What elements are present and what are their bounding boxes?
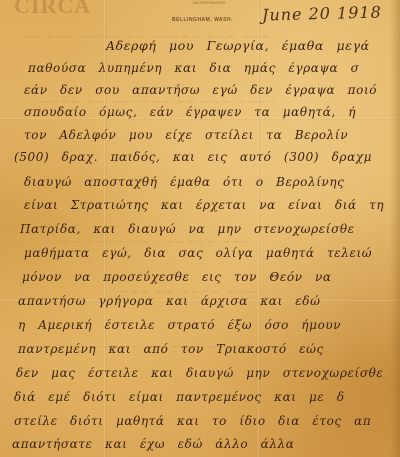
letterhead-stamp: CIRCA bbox=[14, 0, 91, 19]
letter-line: στείλε διότι μαθητά και το ίδιο δια έτος… bbox=[14, 414, 371, 428]
letter-line: παντρεμένη και από τον Τριακοστό εώς bbox=[18, 342, 324, 356]
paper-edge-shadow bbox=[390, 0, 400, 457]
letter-line: μόνον να προσεύχεσθε εις τον Θεόν να bbox=[22, 270, 332, 284]
letterhead-city: BELLINGHAM, WASH. bbox=[172, 17, 233, 23]
letter-date: June 20 1918 bbox=[262, 2, 382, 24]
letter-line: Πατρίδα, και διαυγώ να μην στενοχωρείσθε bbox=[20, 222, 355, 236]
letter-line: διά εμέ διότι είμαι παντρεμένος και με δ bbox=[14, 390, 345, 404]
letter-line: είναι Στρατιώτης και έρχεται να είναι δι… bbox=[24, 198, 384, 212]
letter-line: μαθήματα εγώ, δια σας ολίγα μαθητά τελει… bbox=[24, 246, 372, 260]
letter-line: απαντήσατε και έχω εδώ άλλο άλλα bbox=[12, 437, 294, 451]
letter-line: παθούσα λυπημένη και δια ημάς έγραψα σ bbox=[28, 61, 359, 75]
letter-line: τον Αδελφόν μου είχε στείλει τα Βερολίν bbox=[24, 128, 348, 142]
letter-line: σπουδαίο όμως, εάν έγραψεν τα μαθητά, ή bbox=[24, 105, 356, 119]
letter-line: (500) δραχ. παιδός, και εις αυτό (300) δ… bbox=[14, 150, 372, 164]
letter-line: Αδερφή μου Γεωργία, έμαθα μεγά bbox=[106, 38, 370, 53]
letter-line: διαυγώ αποσταχθή έμαθα ότι ο Βερολίνης bbox=[24, 175, 345, 189]
letter-line: εάν δεν σου απαντήσω εγώ δεν έγραψα ποιό bbox=[24, 83, 377, 97]
letter-line: απαντήσω γρήγορα και άρχισα και εδώ bbox=[18, 294, 320, 308]
letterhead-incorporated: INCORPORATED bbox=[193, 1, 226, 5]
letter-line: δεν μας έστειλε και διαυγώ μην στενοχωρε… bbox=[16, 366, 383, 380]
letter-line: η Αμερική έστειλε στρατό έξω όσο ήμουν bbox=[18, 318, 341, 332]
